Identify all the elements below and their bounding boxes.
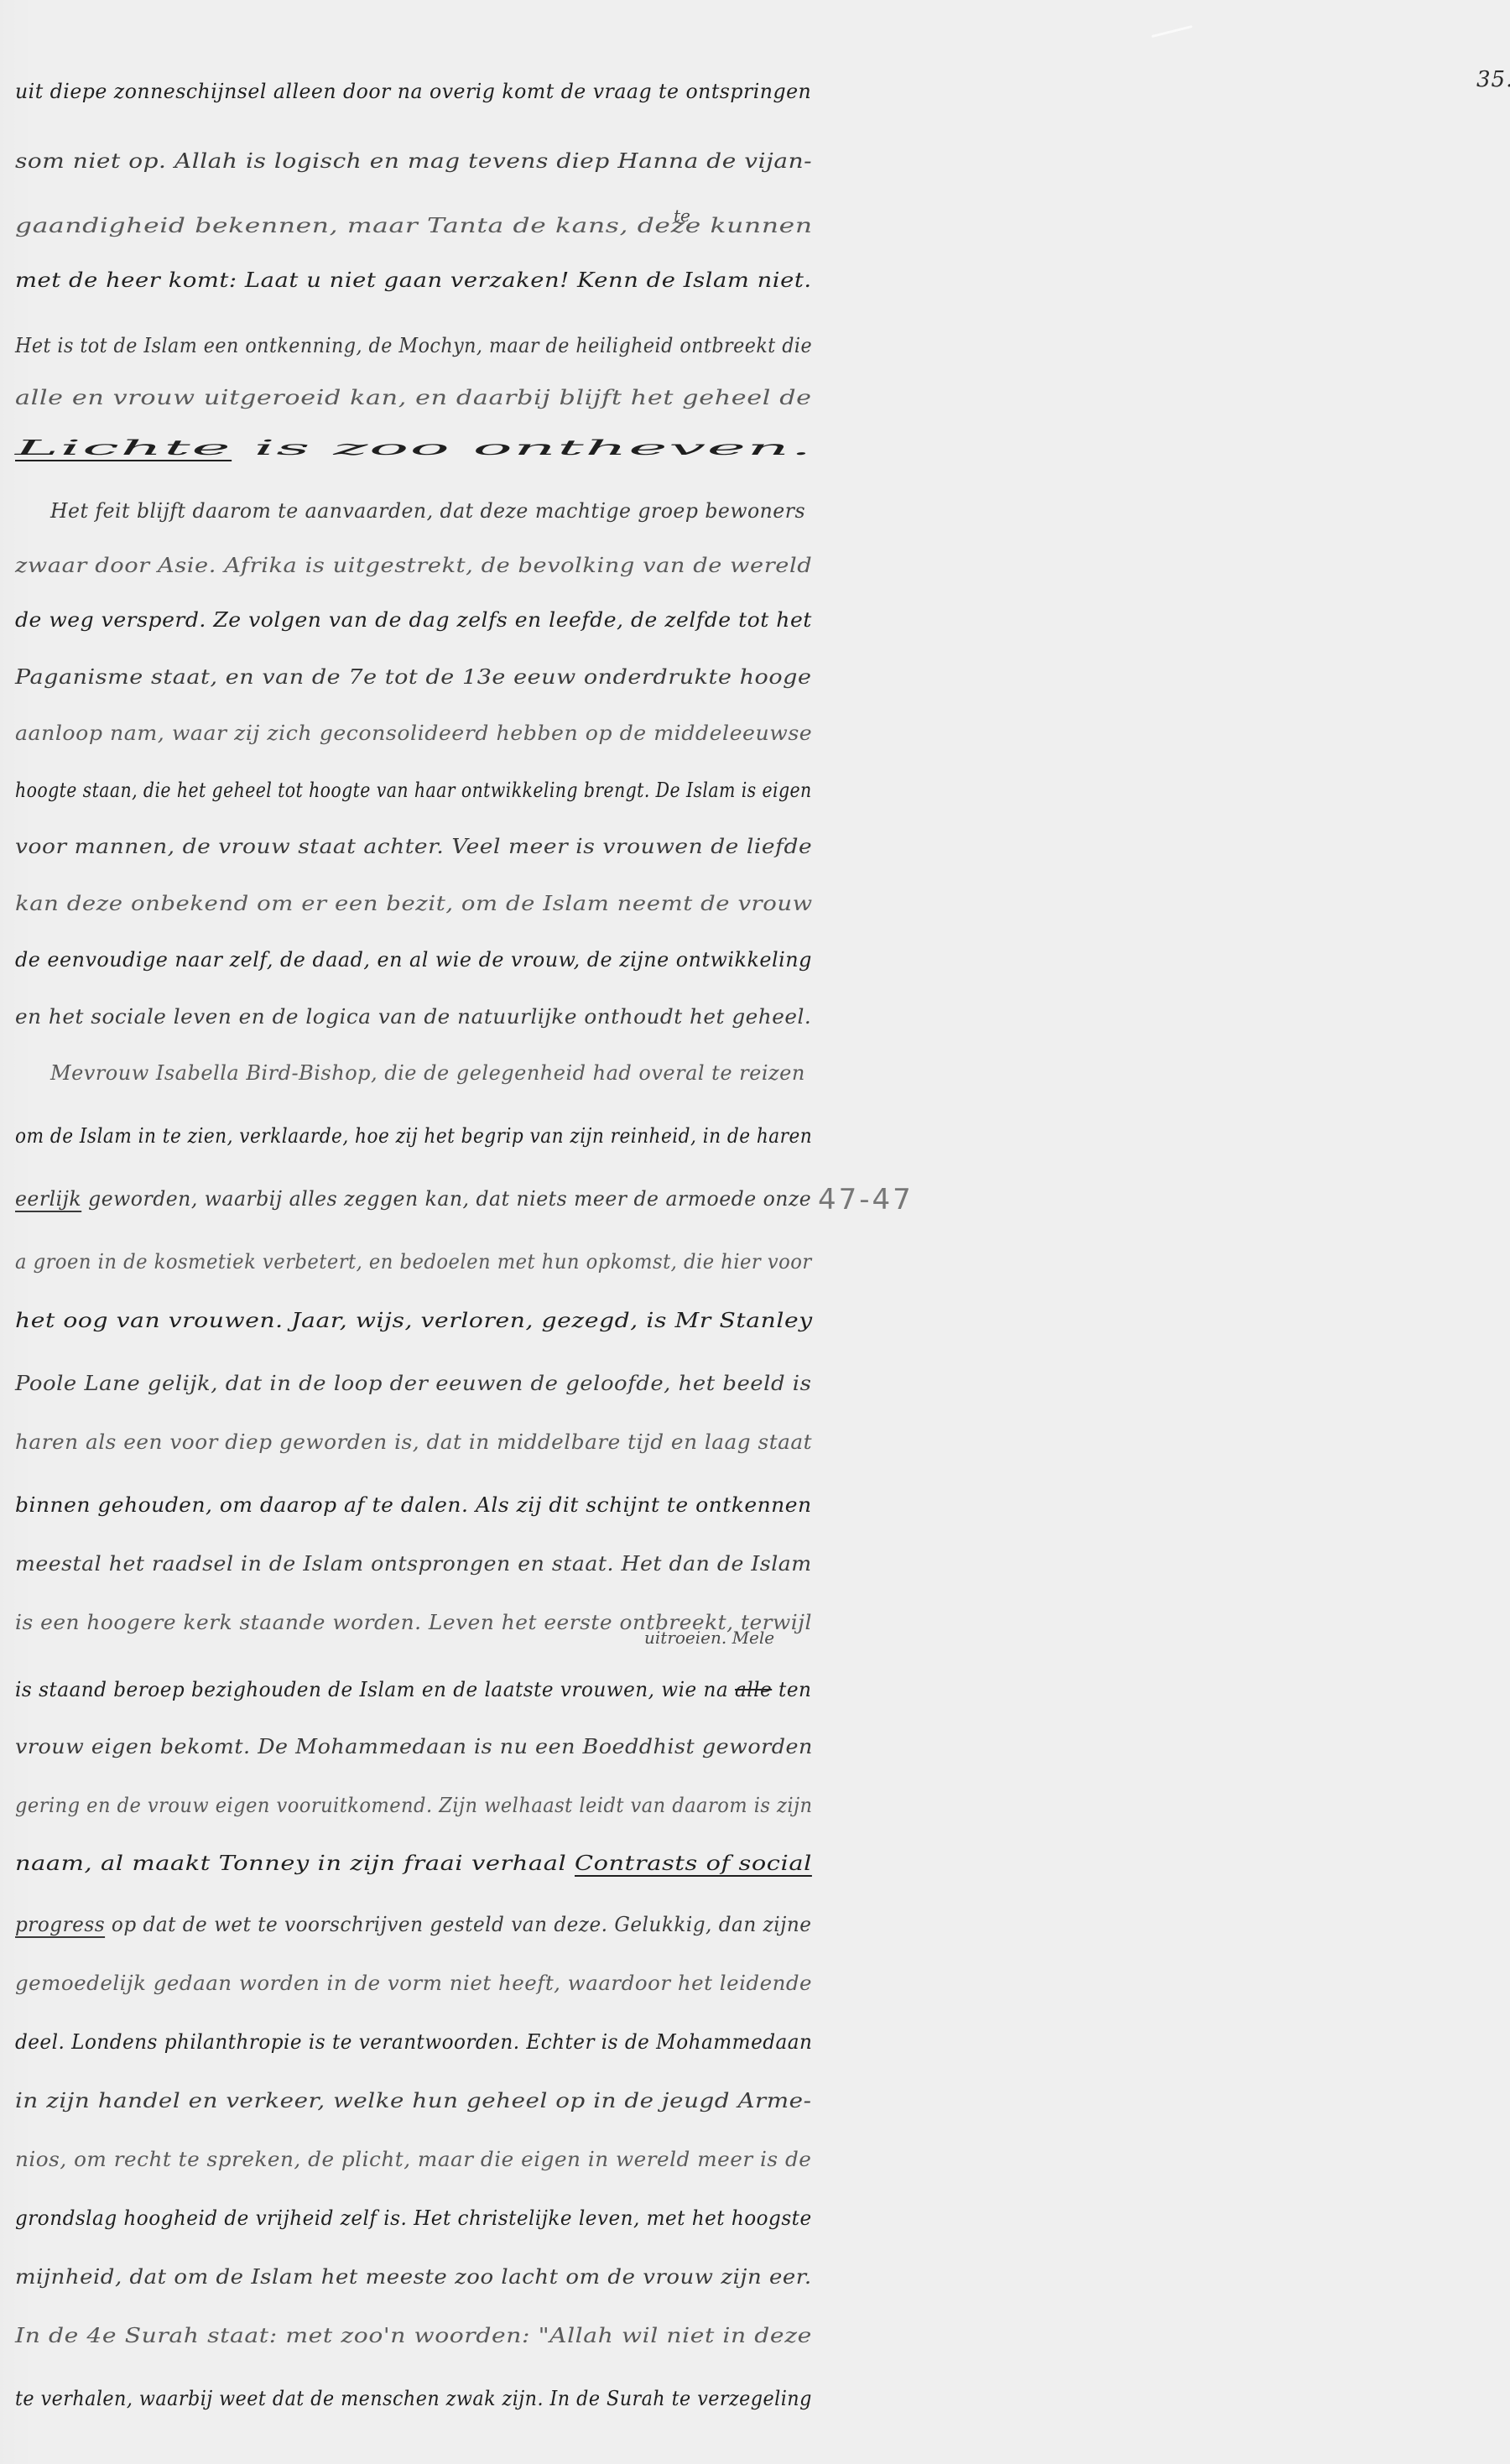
manuscript-line: is staand beroep bezighouden de Islam en… [15, 1678, 811, 1701]
manuscript-line: meestal het raadsel in de Islam ontspron… [15, 1552, 812, 1576]
manuscript-line: uit diepe zonneschijnsel alleen door na … [15, 80, 811, 103]
manuscript-line: Poole Lane gelijk, dat in de loop der ee… [15, 1372, 811, 1395]
manuscript-line: Het is tot de Islam een ontkenning, de M… [15, 334, 812, 357]
manuscript-line: haren als een voor diep geworden is, dat… [15, 1430, 812, 1454]
manuscript-line: In de 4e Surah staat: met zoo'n woorden:… [15, 2324, 812, 2347]
manuscript-line: a groen in de kosmetiek verbetert, en be… [15, 1250, 812, 1274]
underlined-phrase: eerlijk [15, 1187, 81, 1211]
interlinear-insertion: te [674, 206, 690, 226]
manuscript-line: nios, om recht te spreken, de plicht, ma… [15, 2148, 811, 2171]
manuscript-line: mijnheid, dat om de Islam het meeste zoo… [15, 2265, 812, 2289]
manuscript-line: aanloop nam, waar zij zich geconsolideer… [15, 721, 812, 745]
manuscript-line: voor mannen, de vrouw staat achter. Veel… [15, 835, 812, 858]
underlined-phrase: Contrasts of social [575, 1852, 812, 1875]
manuscript-line: alle en vrouw uitgeroeid kan, en daarbij… [15, 386, 812, 409]
manuscript-line: vrouw eigen bekomt. De Mohammedaan is nu… [15, 1735, 813, 1758]
manuscript-line: progress op dat de wet te voorschrijven … [15, 1913, 811, 1936]
underlined-phrase: progress [15, 1913, 105, 1936]
manuscript-line: Paganisme staat, en van de 7e tot de 13e… [15, 665, 812, 689]
manuscript-line: grondslag hoogheid de vrijheid zelf is. … [15, 2206, 812, 2230]
manuscript-line: kan deze onbekend om er een bezit, om de… [15, 892, 813, 915]
manuscript-line: hoogte staan, die het geheel tot hoogte … [15, 779, 812, 802]
manuscript-line: de eenvoudige naar zelf, de daad, en al … [15, 948, 812, 972]
manuscript-line: en het sociale leven en de logica van de… [15, 1005, 811, 1029]
manuscript-line: Mevrouw Isabella Bird-Bishop, die de gel… [50, 1061, 805, 1085]
manuscript-line: te verhalen, waarbij weet dat de mensche… [15, 2387, 812, 2410]
paper-scratch [1151, 25, 1192, 38]
margin-note: 47-47 [818, 1183, 914, 1216]
manuscript-line: Lichte is zoo ontheven. [15, 436, 813, 460]
manuscript-line: eerlijk geworden, waarbij alles zeggen k… [15, 1187, 811, 1211]
manuscript-line: deel. Londens philanthropie is te verant… [15, 2030, 812, 2054]
manuscript-line: het oog van vrouwen. Jaar, wijs, verlore… [15, 1309, 813, 1332]
page-number: 35. [1476, 67, 1510, 92]
manuscript-page: 35. uit diepe zonneschijnsel alleen door… [0, 0, 1510, 2464]
manuscript-line: Het feit blijft daarom te aanvaarden, da… [50, 499, 805, 523]
manuscript-line: in zijn handel en verkeer, welke hun geh… [15, 2089, 812, 2112]
manuscript-line: gaandigheid bekennen, maar Tanta de kans… [15, 214, 813, 237]
manuscript-line: naam, al maakt Tonney in zijn fraai verh… [15, 1852, 812, 1875]
manuscript-line: zwaar door Asie. Afrika is uitgestrekt, … [15, 554, 812, 577]
manuscript-line: met de heer komt: Laat u niet gaan verza… [15, 268, 812, 292]
manuscript-line: gemoedelijk gedaan worden in de vorm nie… [15, 1972, 812, 1995]
manuscript-line: de weg versperd. Ze volgen van de dag ze… [15, 608, 812, 632]
struck-word: alle [735, 1678, 772, 1701]
manuscript-line: binnen gehouden, om daarop af te dalen. … [15, 1493, 812, 1517]
interlinear-insertion: uitroeien. Mele [644, 1628, 774, 1648]
manuscript-line: om de Islam in te zien, verklaarde, hoe … [15, 1124, 812, 1148]
manuscript-line: gering en de vrouw eigen vooruitkomend. … [15, 1794, 813, 1817]
underlined-phrase: Lichte [15, 436, 232, 460]
manuscript-line: som niet op. Allah is logisch en mag tev… [15, 149, 812, 173]
